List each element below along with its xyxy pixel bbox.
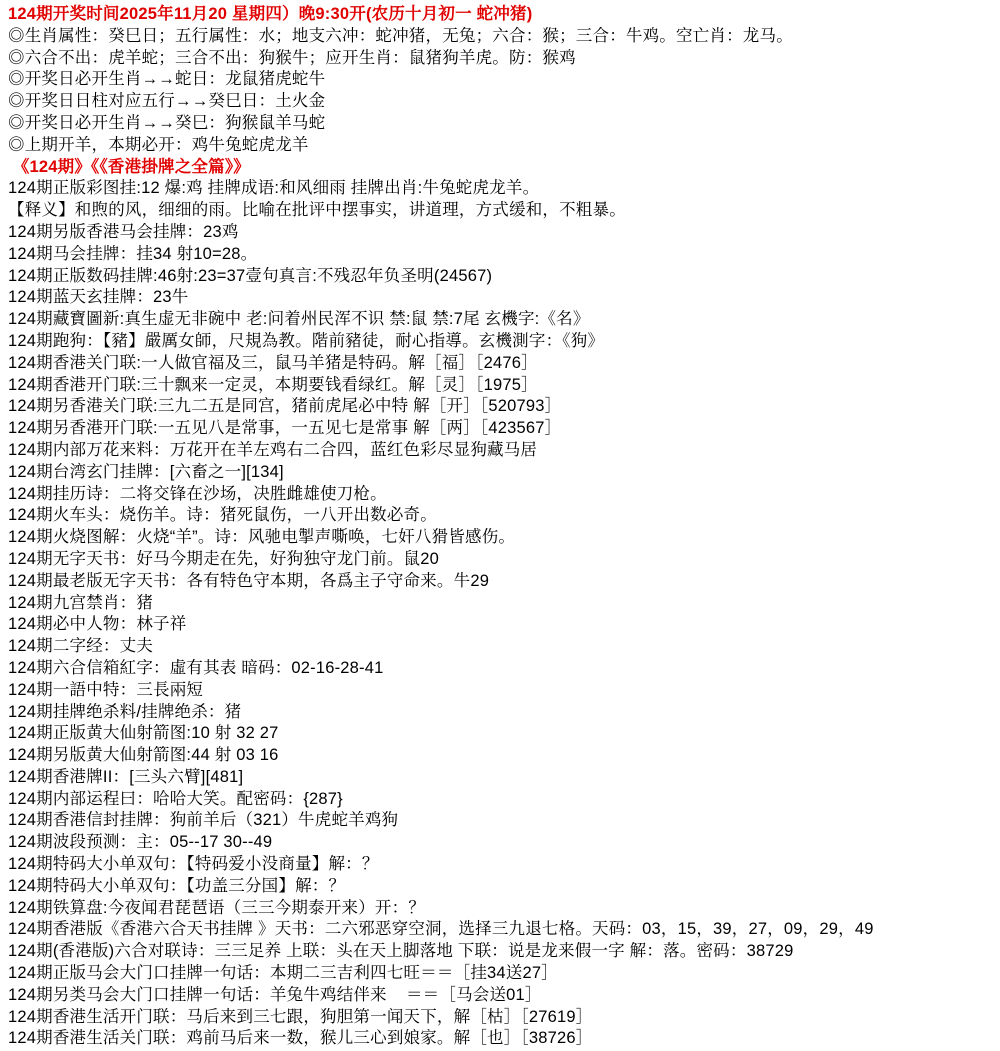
text-lines-container: 124期开奖时间2025年11月20 星期四）晚9:30开(农历十月初一 蛇冲猪… — [8, 4, 994, 1050]
lottery-tips-page: 124期开奖时间2025年11月20 星期四）晚9:30开(农历十月初一 蛇冲猪… — [0, 0, 1000, 1051]
text-line: 《124期》《《香港掛牌之全篇》》 — [8, 157, 994, 179]
text-line: 124期正版数码挂牌:46射:23=37壹句真言:不残忍年负圣明(24567) — [8, 266, 994, 288]
text-line: 124期开奖时间2025年11月20 星期四）晚9:30开(农历十月初一 蛇冲猪… — [8, 4, 994, 26]
text-line: 124期另香港关门联:三九二五是同宫，猪前虎尾必中特 解［开］［520793］ — [8, 396, 994, 418]
text-line: 124期九宫禁肖：猪 — [8, 593, 994, 615]
text-line: 124期波段预测：主：05--17 30--49 — [8, 832, 994, 854]
text-line: 【释义】和煦的风，细细的雨。比喻在批评中摆事实，讲道理，方式缓和，不粗暴。 — [8, 200, 994, 222]
text-line: 124期香港版《香港六合天书挂牌 》天书：二六邪恶穿空洞，选择三九退七格。天码：… — [8, 919, 994, 941]
text-line: ◎六合不出：虎羊蛇；三合不出：狗猴牛；应开生肖：鼠猪狗羊虎。防：猴鸡 — [8, 48, 994, 70]
text-line: 124期正版黄大仙射箭图:10 射 32 27 — [8, 723, 994, 745]
text-line: 124期铁算盘:今夜闻君琵琶语（三三今期泰开来）开：？ — [8, 898, 994, 920]
text-line: 124期香港信封挂牌：狗前羊后（321）牛虎蛇羊鸡狗 — [8, 810, 994, 832]
text-line: 124期香港牌II：[三头六臂][481] — [8, 767, 994, 789]
text-line: ◎上期开羊，本期必开：鸡牛兔蛇虎龙羊 — [8, 135, 994, 157]
text-line: 124期一語中特：三長兩短 — [8, 680, 994, 702]
text-line: 124期无字天书：好马今期走在先，好狗独守龙门前。鼠20 — [8, 549, 994, 571]
text-line: 124期必中人物：林子祥 — [8, 614, 994, 636]
text-line: ◎生肖属性：癸巳日；五行属性：水；地支六冲：蛇冲猪，无兔；六合：猴；三合：牛鸡。… — [8, 26, 994, 48]
text-line: 124期最老版无字天书：各有特色守本期，各爲主子守命来。牛29 — [8, 571, 994, 593]
text-line: ◎开奖日必开生肖→→蛇日：龙鼠猪虎蛇牛 — [8, 69, 994, 91]
text-line: 124期另香港开门联:一五见八是常事，一五见七是常事 解［两］［423567］ — [8, 418, 994, 440]
text-line: 124期正版彩图挂:12 爆:鸡 挂牌成语:和风细雨 挂牌出肖:牛兔蛇虎龙羊。 — [8, 178, 994, 200]
text-line: 124期香港生活关门联：鸡前马后来一数，猴儿三心到娘家。解［也］［38726］ — [8, 1028, 994, 1050]
text-line: 124期另版黄大仙射箭图:44 射 03 16 — [8, 745, 994, 767]
text-line: 124期蓝天玄挂牌：23牛 — [8, 287, 994, 309]
text-line: 124期香港生活开门联：马后来到三七跟，狗胆第一闻天下，解［枯］［27619］ — [8, 1007, 994, 1029]
text-line: 124期另版香港马会挂牌：23鸡 — [8, 222, 994, 244]
text-line: 124期火烧图解：火烧“羊”。诗：风驰电掣声嘶唤，七奸八猾皆感伤。 — [8, 527, 994, 549]
text-line: 124期火车头：烧伤羊。诗：猪死鼠伤，一八开出数必奇。 — [8, 505, 994, 527]
text-line: 124期跑狗：【豬】嚴厲女師，尺規為教。階前豬徒，耐心指導。玄機測字：《狗》 — [8, 331, 994, 353]
text-line: 124期挂牌绝杀料/挂牌绝杀：猪 — [8, 702, 994, 724]
text-line: 124期挂历诗：二将交锋在沙场，决胜雌雄使刀枪。 — [8, 484, 994, 506]
text-line: ◎开奖日必开生肖→→癸巳：狗猴鼠羊马蛇 — [8, 113, 994, 135]
text-line: 124期香港关门联:一人做官福及三，鼠马羊猪是特码。解［福］［2476］ — [8, 353, 994, 375]
text-line: 124期马会挂牌：挂34 射10=28。 — [8, 244, 994, 266]
text-line: 124期二字经：丈夫 — [8, 636, 994, 658]
text-line: 124期特码大小单双句：【功盖三分国】解：？ — [8, 876, 994, 898]
text-line: 124期正版马会大门口挂牌一句话：本期二三吉利四七旺＝＝［挂34送27］ — [8, 963, 994, 985]
text-line: 124期(香港版)六合对联诗：三三足养 上联：头在天上脚落地 下联：说是龙来假一… — [8, 941, 994, 963]
text-line: 124期另类马会大门口挂牌一句话：羊兔牛鸡结伴来 ＝＝［马会送01］ — [8, 985, 994, 1007]
text-line: 124期香港开门联:三十飘来一定灵，本期要钱看绿红。解［灵］［1975］ — [8, 375, 994, 397]
text-line: 124期藏寶圖新:真生虚无非碗中 老:问着州民浑不识 禁:鼠 禁:7尾 玄機字:… — [8, 309, 994, 331]
text-line: 124期台湾玄门挂牌：[六畜之一][134] — [8, 462, 994, 484]
text-line: 124期六合信箱紅字：虛有其表 暗码：02-16-28-41 — [8, 658, 994, 680]
text-line: 124期特码大小单双句：【特码爱小没商量】解：？ — [8, 854, 994, 876]
text-line: ◎开奖日日柱对应五行→→癸巳日：土火金 — [8, 91, 994, 113]
text-line: 124期内部万花来料：万花开在羊左鸡右二合四，蓝红色彩尽显狗藏马居 — [8, 440, 994, 462]
text-line: 124期内部运程曰：哈哈大笑。配密码：{287} — [8, 789, 994, 811]
